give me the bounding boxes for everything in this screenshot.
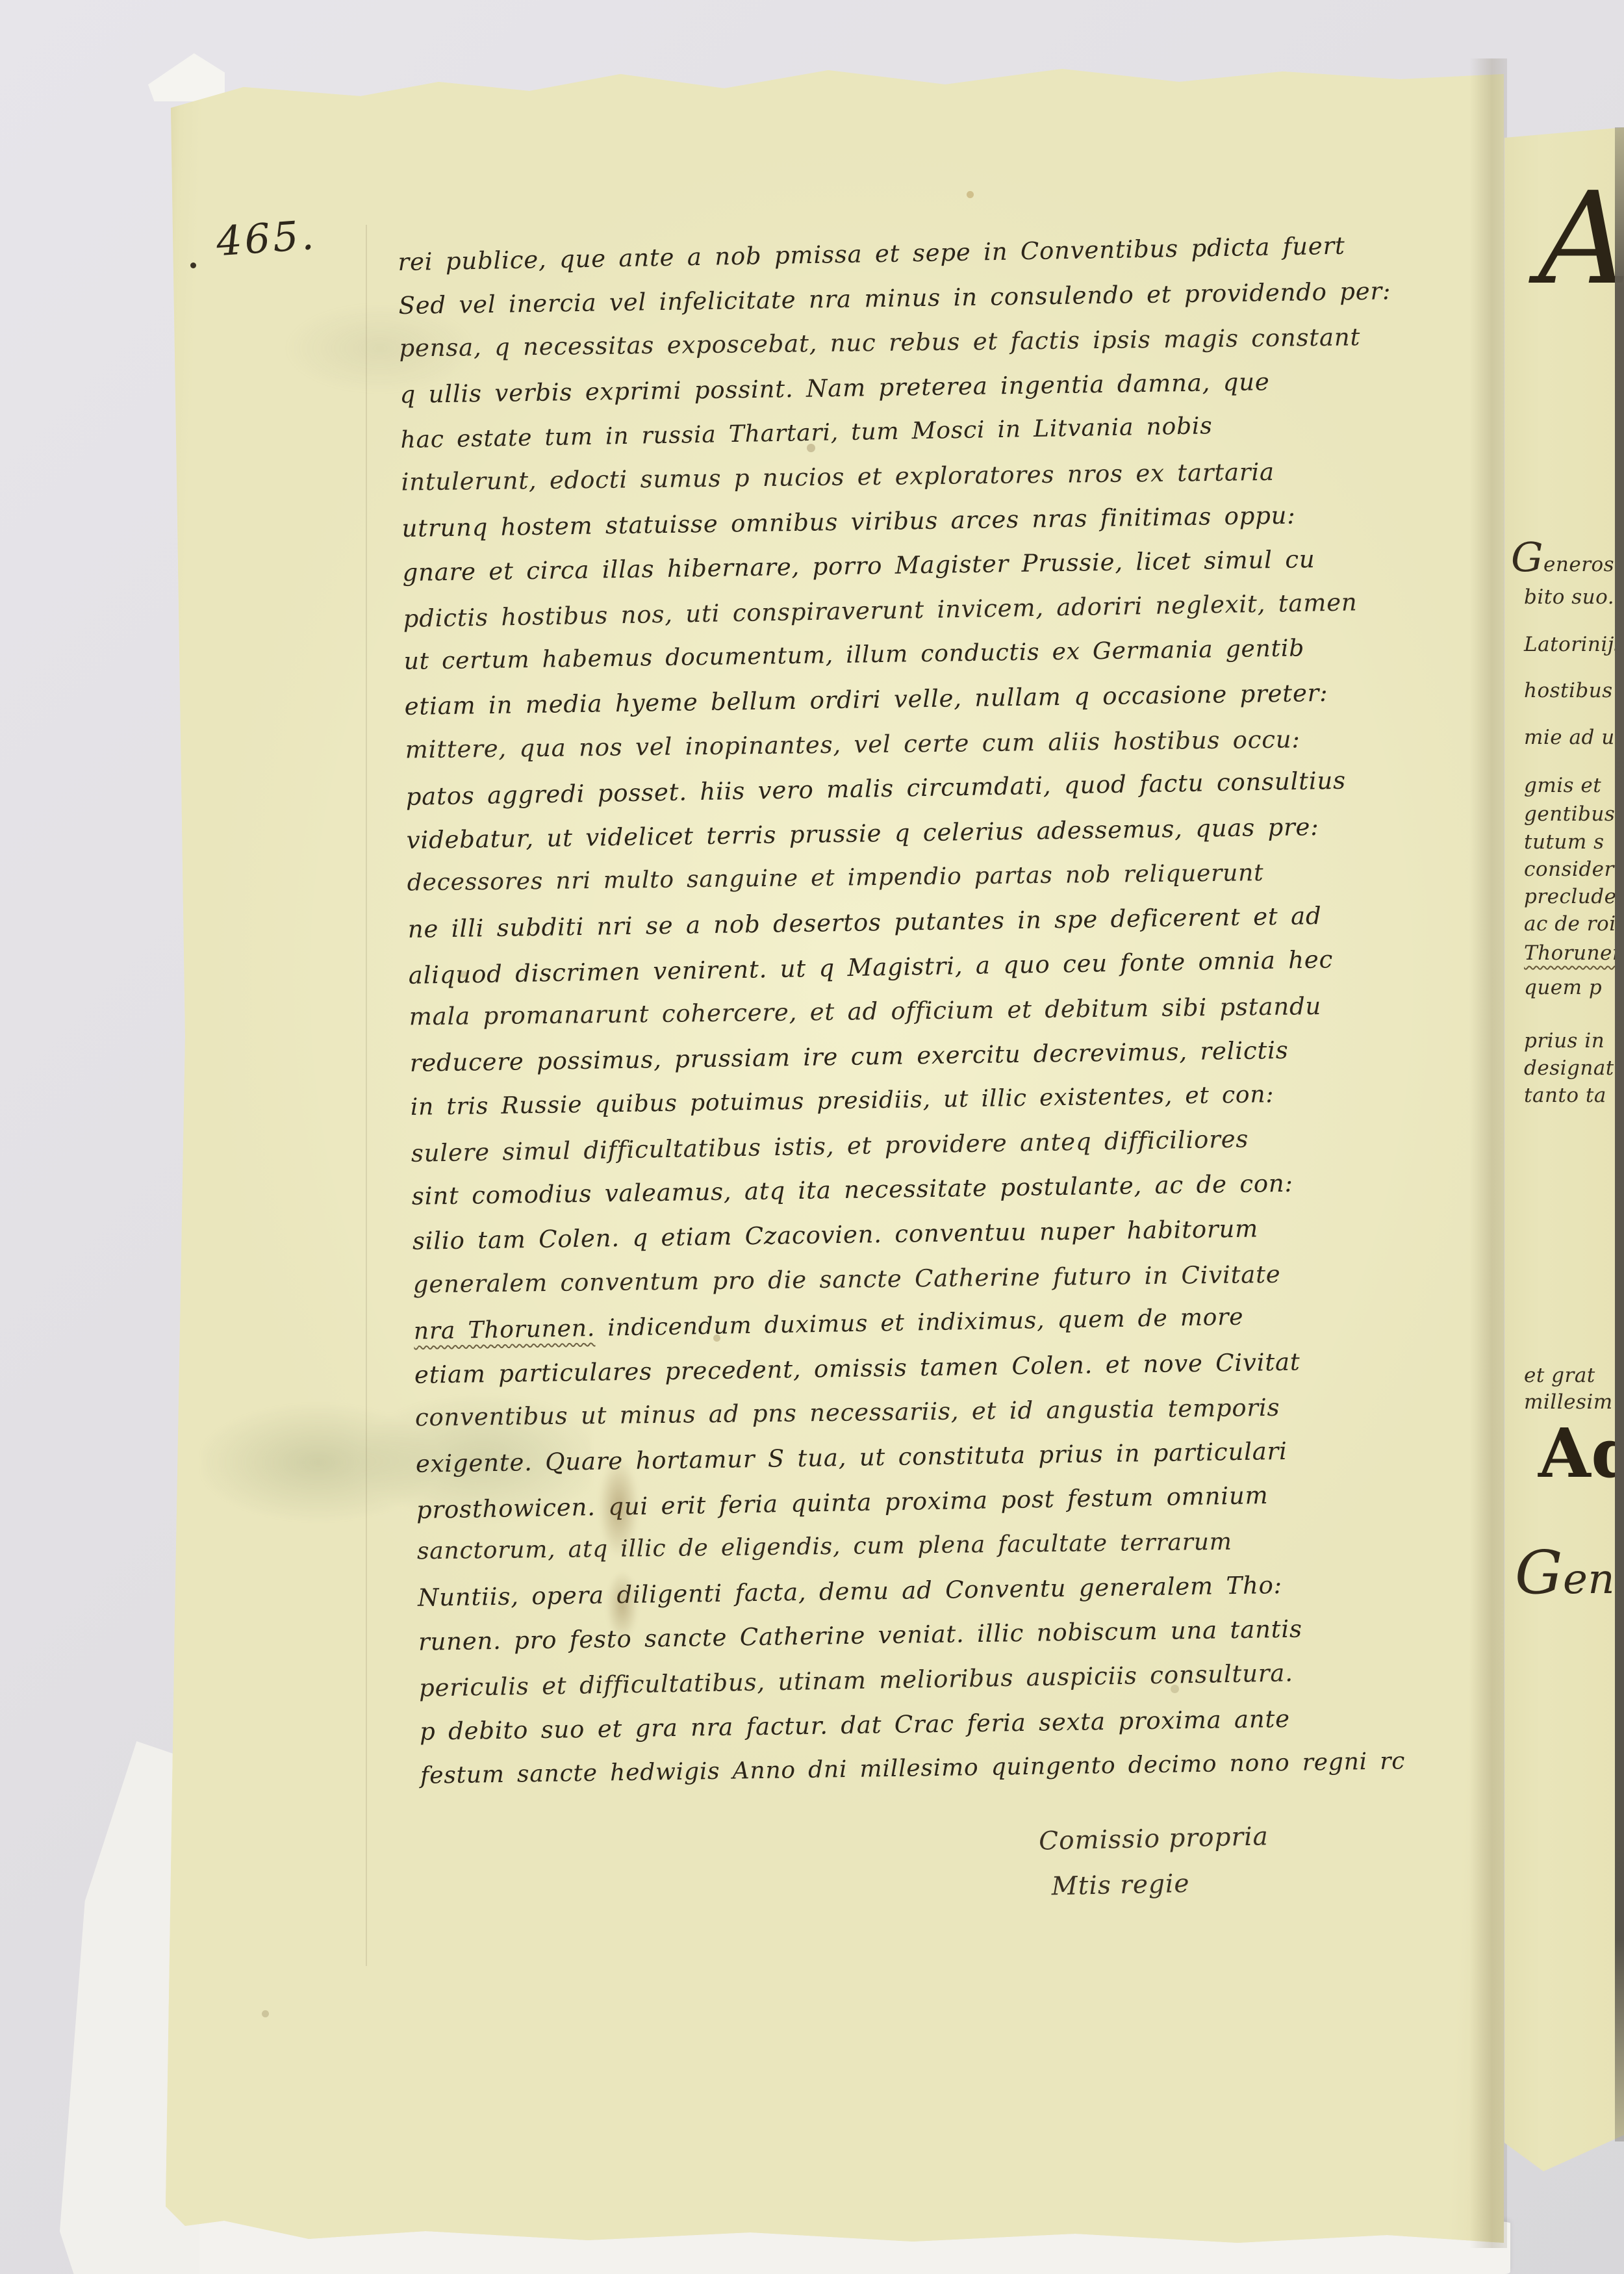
- facing-page-text-fragment: bito suo.: [1524, 586, 1614, 609]
- facing-page-sliver: AGenerosebito suo.Latorinijshostibusmie …: [1504, 123, 1624, 2171]
- illuminated-initial-a: A: [1538, 175, 1624, 303]
- facing-page-text-fragment: Generose: [1515, 1543, 1624, 1603]
- manuscript-text-block: rei publice, que ante a nob pmissa et se…: [398, 224, 1434, 1799]
- stain-mark: [600, 1557, 645, 1654]
- ink-dot: [190, 262, 196, 268]
- signature-block: Comissio propria Mtis regie: [1039, 1814, 1270, 1910]
- facing-page-text-fragment: millesim: [1524, 1391, 1613, 1414]
- facing-page-text-fragment: Latorinijs: [1524, 633, 1624, 657]
- margin-rule-line: [366, 225, 367, 1966]
- facing-page-text-fragment: Generose: [1511, 534, 1624, 580]
- underlined-words: nra Thorunen.: [414, 1315, 596, 1345]
- facing-page-text-fragment: tutum s: [1524, 831, 1605, 854]
- facing-page-text-fragment: gmis et: [1524, 774, 1601, 798]
- facing-page-text-fragment: designat: [1524, 1057, 1614, 1080]
- facing-page-text-fragment: hostibus: [1524, 680, 1613, 703]
- gutter-shadow: [1469, 58, 1507, 2248]
- facing-page-text-fragment: gentibus: [1524, 803, 1615, 826]
- signature-line: Mtis regie: [1051, 1859, 1270, 1910]
- facing-page-text-fragment: precludere: [1524, 886, 1624, 909]
- facing-page-text-fragment: Ad: [1538, 1420, 1624, 1487]
- facing-page-text-fragment: mie ad u: [1524, 726, 1615, 750]
- facing-page-text-fragment: et grat: [1524, 1364, 1595, 1388]
- book-spine-edge: [1615, 127, 1624, 2141]
- facing-page-text-fragment: tanto ta: [1524, 1084, 1606, 1108]
- signature-line: Comissio propria: [1039, 1814, 1269, 1864]
- facing-page-text-fragment: quem p: [1524, 977, 1602, 1000]
- manuscript-page: 465. rei publice, que ante a nob pmissa …: [166, 62, 1504, 2245]
- facing-page-text-fragment: prius in: [1524, 1030, 1605, 1053]
- facing-page-text-fragment: considere: [1524, 858, 1624, 882]
- manuscript-scan: { "scan": { "left_page": { "page_number"…: [0, 0, 1624, 2274]
- page-number: 465.: [215, 215, 318, 262]
- facing-page-text-fragment: ac de roi: [1524, 913, 1616, 936]
- facing-page-text-fragment: Thorunen: [1524, 942, 1624, 965]
